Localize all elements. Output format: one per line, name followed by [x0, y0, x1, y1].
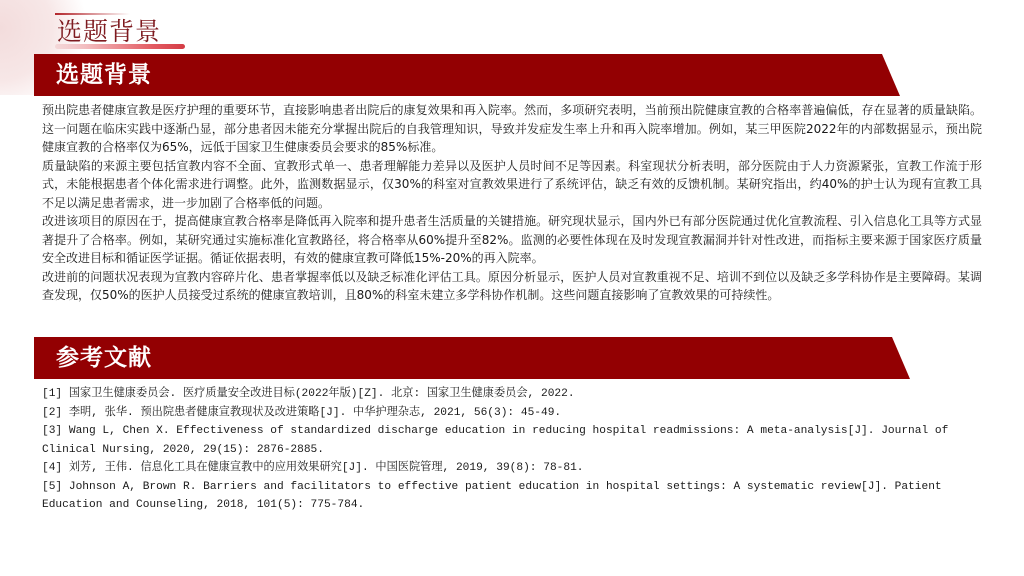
slide-heading-underline	[55, 44, 185, 49]
section-title-references: 参考文献	[56, 344, 152, 372]
reference-item-4: [4] 刘芳, 王伟. 信息化工具在健康宣教中的应用效果研究[J]. 中国医院管…	[42, 459, 972, 478]
reference-item-2: [2] 李明, 张华. 预出院患者健康宣教现状及改进策略[J]. 中华护理杂志,…	[42, 404, 972, 423]
background-paragraph-3: 改进该项目的原因在于，提高健康宣教合格率是降低再入院率和提升患者生活质量的关键措…	[42, 212, 982, 268]
top-heading-overline	[55, 13, 130, 15]
section-banner-background: 选题背景	[34, 54, 900, 96]
background-paragraph-4: 改进前的问题状况表现为宣教内容碎片化、患者掌握率低以及缺乏标准化评估工具。原因分…	[42, 268, 982, 305]
reference-list: [1] 国家卫生健康委员会. 医疗质量安全改进目标(2022年版)[Z]. 北京…	[42, 385, 972, 515]
slide-heading: 选题背景	[57, 17, 161, 47]
background-paragraph-2: 质量缺陷的来源主要包括宣教内容不全面、宣教形式单一、患者理解能力差异以及医护人员…	[42, 157, 982, 213]
reference-item-3: [3] Wang L, Chen X. Effectiveness of sta…	[42, 422, 972, 459]
reference-item-5: [5] Johnson A, Brown R. Barriers and fac…	[42, 478, 972, 515]
section-banner-references: 参考文献	[34, 337, 910, 379]
background-paragraph-1: 预出院患者健康宣教是医疗护理的重要环节，直接影响患者出院后的康复效果和再入院率。…	[42, 101, 982, 157]
background-text-block: 预出院患者健康宣教是医疗护理的重要环节，直接影响患者出院后的康复效果和再入院率。…	[42, 101, 982, 305]
section-title-background: 选题背景	[56, 61, 152, 89]
reference-item-1: [1] 国家卫生健康委员会. 医疗质量安全改进目标(2022年版)[Z]. 北京…	[42, 385, 972, 404]
